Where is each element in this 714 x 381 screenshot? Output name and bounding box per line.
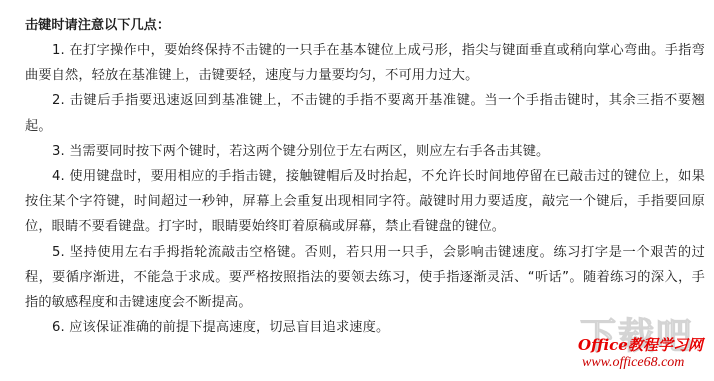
document-body: 击键时请注意以下几点： 1. 在打字操作中，要始终保持不击键的一只手在基本键位上…	[25, 13, 705, 340]
paragraph-3: 3. 当需要同时按下两个键时，若这两个键分别位于左右两区，则应左右手各击其键。	[25, 139, 705, 164]
paragraph-2: 2. 击键后手指要迅速返回到基准键上，不击键的手指不要离开基准键。当一个手指击键…	[25, 88, 705, 138]
watermark-url: www.office68.com	[582, 355, 684, 371]
document-title: 击键时请注意以下几点：	[25, 13, 705, 38]
paragraph-1: 1. 在打字操作中，要始终保持不击键的一只手在基本键位上成弓形，指尖与键面垂直或…	[25, 38, 705, 88]
paragraph-4: 4. 使用键盘时，要用相应的手指击键，接触键帽后及时抬起，不允许长时间地停留在已…	[25, 164, 705, 240]
watermark: 下载吧 Office教程学习网 www.office68.com	[560, 300, 710, 380]
watermark-site-name: Office教程学习网	[578, 334, 703, 355]
